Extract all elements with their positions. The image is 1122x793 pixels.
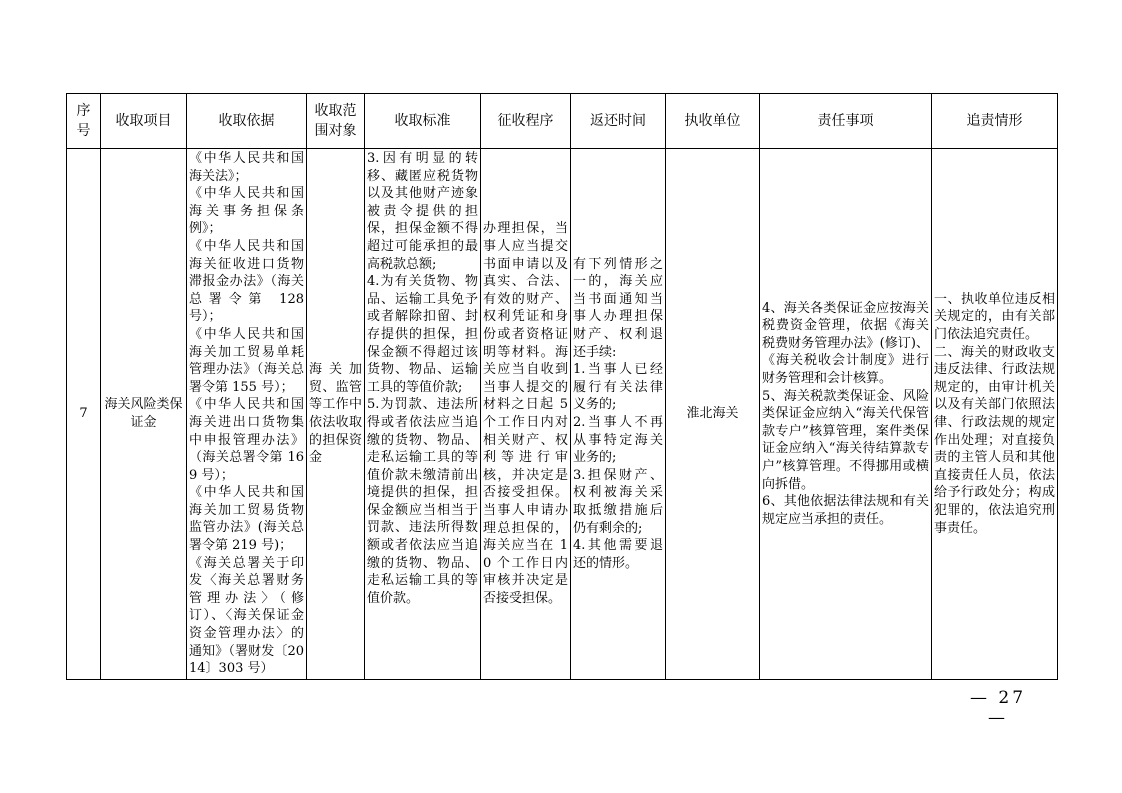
col-header-seq: 序号: [67, 94, 101, 149]
cell-unit: 淮北海关: [666, 149, 760, 680]
col-header-unit: 执收单位: [666, 94, 760, 149]
cell-seq: 7: [67, 149, 101, 680]
cell-procedure: 办理担保，当事人应当提交书面申请以及真实、合法、有效的财产、权利凭证和身份或者资…: [481, 149, 571, 680]
col-header-responsibility: 责任事项: [760, 94, 932, 149]
cell-basis: 《中华人民共和国海关法》； 《中华人民共和国海关事务担保条例》； 《中华人民共和…: [187, 149, 307, 680]
header-row: 序号 收取项目 收取依据 收取范围对象 收取标准 征收程序 返还时间 执收单位 …: [67, 94, 1058, 149]
cell-scope: 海关加贸、监管等工作中依法收取的担保资金: [307, 149, 365, 680]
fee-table: 序号 收取项目 收取依据 收取范围对象 收取标准 征收程序 返还时间 执收单位 …: [66, 93, 1058, 680]
page-number: — 27 —: [958, 688, 1038, 728]
col-header-basis: 收取依据: [187, 94, 307, 149]
table-row: 7 海关风险类保证金 《中华人民共和国海关法》； 《中华人民共和国海关事务担保条…: [67, 149, 1058, 680]
col-header-accountability: 追责情形: [932, 94, 1058, 149]
col-header-item: 收取项目: [101, 94, 187, 149]
cell-standard: 3.因有明显的转移、藏匿应税货物以及其他财产迹象被责令提供的担保，担保金额不得超…: [365, 149, 481, 680]
col-header-standard: 收取标准: [365, 94, 481, 149]
cell-accountability: 一、执收单位违反相关规定的，由有关部门依法追究责任。 二、海关的财政收支违反法律…: [932, 149, 1058, 680]
cell-responsibility: 4、海关各类保证金应按海关税费资金管理，依据《海关税费财务管理办法》(修订)、《…: [760, 149, 932, 680]
document-page: 序号 收取项目 收取依据 收取范围对象 收取标准 征收程序 返还时间 执收单位 …: [0, 0, 1122, 793]
col-header-return-time: 返还时间: [571, 94, 666, 149]
col-header-procedure: 征收程序: [481, 94, 571, 149]
col-header-scope: 收取范围对象: [307, 94, 365, 149]
cell-item: 海关风险类保证金: [101, 149, 187, 680]
cell-return-time: 有下列情形之一的，海关应当书面通知当事人办理担保财产、权利退还手续: 1.当事人…: [571, 149, 666, 680]
